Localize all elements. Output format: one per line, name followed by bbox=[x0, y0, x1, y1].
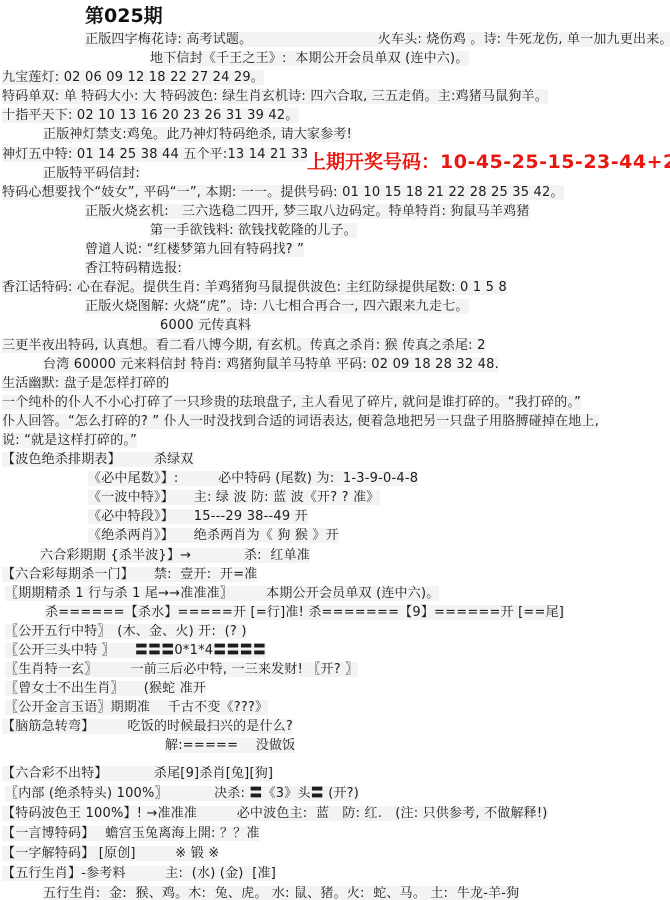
prev-draw-numbers: 10-45-25-15-23-44+28 bbox=[440, 151, 670, 173]
text-line: 香江特码精选报: bbox=[0, 259, 670, 278]
prev-draw-result: 上期开奖号码：10-45-25-15-23-44+28 bbox=[307, 147, 670, 174]
lottery-tip-sheet: 第025期 上期开奖号码：10-45-25-15-23-44+28 正版四字梅花… bbox=[0, 5, 670, 900]
prev-draw-label: 上期开奖号码： bbox=[307, 151, 440, 173]
blank-gap bbox=[0, 756, 670, 764]
text-line: 地下信封《千王之王》: 本期公开会员单双 (连中六)。 bbox=[0, 49, 670, 68]
text-line: 【一言博特码】 蟾宫玉兔离海上開: ？？准 bbox=[0, 824, 670, 844]
text-line: 特码心想要找个“妓女”, 平码“一”, 本期: 一一。提供号码: 01 10 1… bbox=[0, 183, 670, 202]
text-line: 十指平天下: 02 10 13 16 20 23 26 31 39 42。 bbox=[0, 106, 670, 125]
text-line: 仆人回答。“怎么打碎的? ” 仆人一时没找到合适的词语表达, 便着急地把另一只盘… bbox=[0, 412, 670, 431]
text-line: 特码单双: 单 特码大小: 大 特码波色: 绿生肖玄机诗: 四六合取, 三五走俏… bbox=[0, 87, 670, 106]
text-line: 《绝杀两肖》】 绝杀两肖为《 狗 猴 》开 bbox=[0, 526, 670, 545]
text-line: 正版火烧图解: 火烧“虎”。诗: 八七相合再合一, 四六跟来九走七。 bbox=[0, 297, 670, 316]
text-line: 〖公开五行中特〗 (木、金、火) 开: (? ) bbox=[0, 622, 670, 641]
text-line: 九宝莲灯: 02 06 09 12 18 22 27 24 29。 bbox=[0, 68, 670, 87]
text-line: 【特码波色王 100%】! →准准准 必中波色主: 蓝 防: 红. (注: 只供… bbox=[0, 804, 670, 824]
text-line: 正版四字梅花诗: 高考试题。 火车头: 烧伤鸡 。诗: 牛死龙伤, 单一加九更出… bbox=[0, 30, 670, 49]
text-line: 五行生肖: 金: 猴、鸡。木: 兔、虎。 水: 鼠、猪。火: 蛇、马。 土: 牛… bbox=[0, 884, 670, 900]
text-line: 【一字解特码】 [原创] ※ 锻 ※ bbox=[0, 844, 670, 864]
text-line: 〖公开三头中特 〗 〓〓〓0*1*4〓〓〓〓 bbox=[0, 641, 670, 660]
text-line: 【五行生肖】-参考料 主: (水) (金) [准] bbox=[0, 864, 670, 884]
text-line: 〖公开金言玉语〗期期准 千古不变《???》 bbox=[0, 698, 670, 717]
text-line: 〖内部 (绝杀特头) 100%〗 决杀: 〓《3》头〓 (开?) bbox=[0, 784, 670, 804]
issue-title: 第025期 bbox=[0, 5, 670, 27]
text-line: 杀======【杀水】=====开 [=行]准! 杀=======【9】====… bbox=[0, 603, 670, 622]
text-line: 一个纯朴的仆人不小心打碎了一只珍贵的珐琅盘子, 主人看见了碎片, 就问是谁打碎的… bbox=[0, 393, 670, 412]
text-line: 解:===== 没做饭 bbox=[0, 736, 670, 755]
text-line: 【脑筋急转弯】 吃饭的时候最扫兴的是什么? bbox=[0, 717, 670, 736]
text-line: 【六合彩每期杀一门】 禁: 壹开: 开=准 bbox=[0, 565, 670, 584]
text-line: 【六合彩不出特】 杀尾[9]杀肖[兔][狗] bbox=[0, 764, 670, 784]
text-line: 台湾 60000 元来料信封 特肖: 鸡猪狗鼠羊马特单 平码: 02 09 18… bbox=[0, 355, 670, 374]
text-line: 生活幽默: 盘子是怎样打碎的 bbox=[0, 374, 670, 393]
text-line: 曾道人说: “红楼梦第九回有特码找? ” bbox=[0, 240, 670, 259]
text-line: 说: “就是这样打碎的。” bbox=[0, 431, 670, 450]
text-line: 〖生肖特一玄〗 一前三后必中特, 一三来发财! 〖开? 〗 bbox=[0, 660, 670, 679]
text-line: 【波色绝杀排期表】 杀绿双 bbox=[0, 450, 670, 469]
text-line: 第一手欲钱料: 欲钱找乾隆的儿子。 bbox=[0, 221, 670, 240]
text-line: 《一波中特》】 主: 绿 波 防: 蓝 波《开? ? 准》 bbox=[0, 488, 670, 507]
text-line: 〖曾女士不出生肖〗 (猴蛇 准开 bbox=[0, 679, 670, 698]
text-line: 正版神灯禁支:鸡兔。此乃神灯特码绝杀, 请大家参考! bbox=[0, 125, 670, 144]
text-line: 《必中尾数》】: 必中特码 (尾数) 为: 1-3-9-0-4-8 bbox=[0, 469, 670, 488]
text-line: 〖期期精杀 1 行与杀 1 尾→→准准准〗 本期公开会员单双 (连中六)。 bbox=[0, 584, 670, 603]
text-line: 三更半夜出特码, 认真想。看二看八博今期, 有玄机。传真之杀肖: 猴 传真之杀尾… bbox=[0, 336, 670, 355]
text-line: 六合彩期期 {杀半波}】→ 杀: 红单准 bbox=[0, 546, 670, 565]
text-line: 香江话特码: 心在春泥。提供生肖: 羊鸡猪狗马鼠提供波色: 主红防绿提供尾数: … bbox=[0, 278, 670, 297]
text-line: 《必中特段》】 15---29 38--49 开 bbox=[0, 507, 670, 526]
text-line: 6000 元传真料 bbox=[0, 316, 670, 335]
text-line: 正版火烧玄机: 三六选稳二四开, 梦三取八边码定。特单特肖: 狗鼠马羊鸡猪 bbox=[0, 202, 670, 221]
